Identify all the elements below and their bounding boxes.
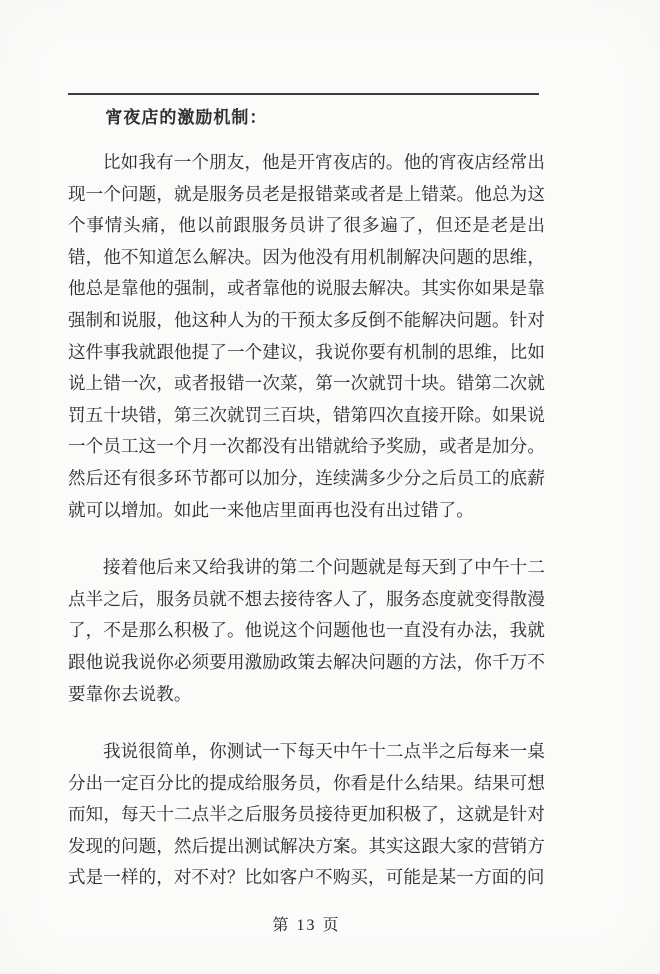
section-heading: 宵夜店的激励机制： xyxy=(68,107,545,129)
body-paragraph-1: 比如我有一个朋友，他是开宵夜店的。他的宵夜店经常出现一个问题，就是服务员老是报错… xyxy=(68,147,545,526)
body-paragraph-2: 接着他后来又给我讲的第二个问题就是每天到了中午十二点半之后，服务员就不想去接待客… xyxy=(68,552,545,710)
page-content: 宵夜店的激励机制： 比如我有一个朋友，他是开宵夜店的。他的宵夜店经常出现一个问题… xyxy=(68,93,545,894)
header-rule xyxy=(68,93,539,95)
body-paragraph-3: 我说很简单，你测试一下每天中午十二点半之后每来一桌分出一定百分比的提成给服务员，… xyxy=(68,736,545,894)
document-page: 宵夜店的激励机制： 比如我有一个朋友，他是开宵夜店的。他的宵夜店经常出现一个问题… xyxy=(0,0,660,974)
page-number: 第 13 页 xyxy=(68,912,545,935)
